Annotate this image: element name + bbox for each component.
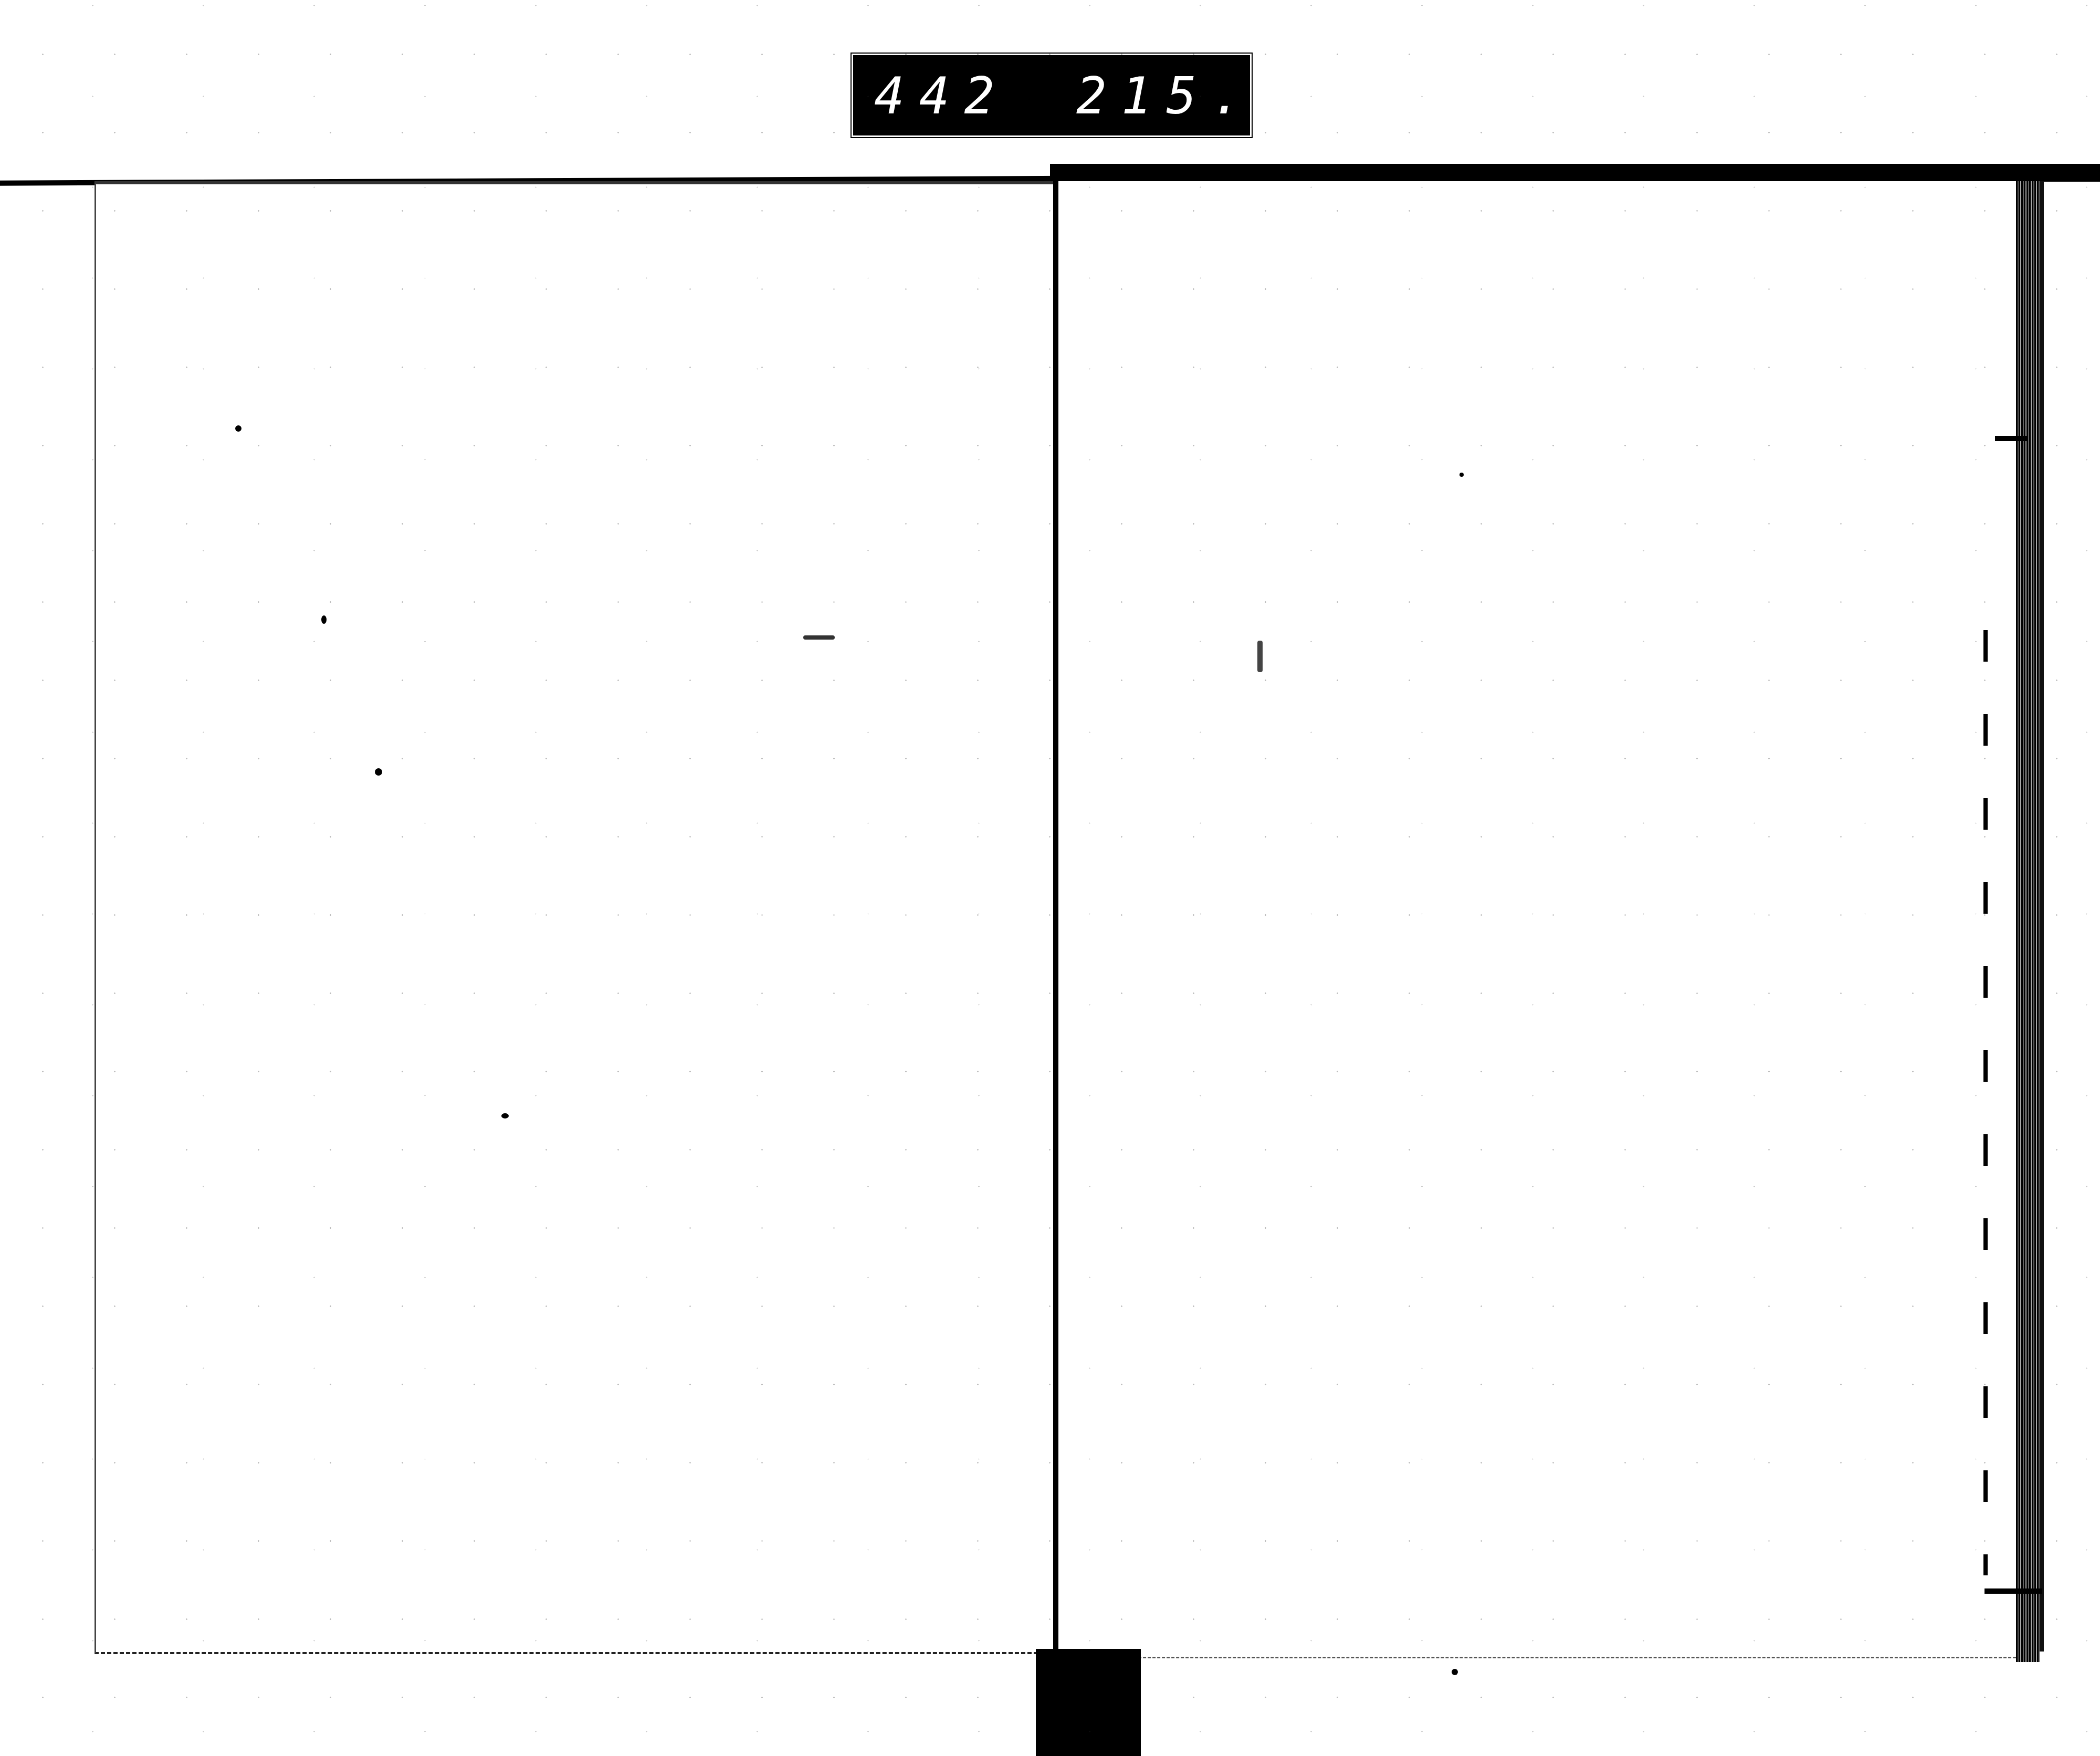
speck [803, 635, 835, 640]
right-page [1058, 181, 2016, 1658]
speck [501, 1113, 509, 1119]
frame-label-left-number: 442 [874, 67, 1009, 126]
speck [321, 615, 327, 624]
speck [1459, 473, 1464, 477]
speck [1257, 641, 1263, 672]
left-page [94, 181, 1057, 1654]
speck [235, 425, 241, 432]
clip-top [1995, 436, 2026, 441]
speck [1452, 1669, 1458, 1675]
frame-label-right-number: 215. [1076, 67, 1256, 126]
book-top-edge-right [1050, 164, 2100, 182]
spine-block [1036, 1649, 1141, 1756]
frame-label: 442 215. [852, 54, 1252, 137]
speck [375, 768, 382, 776]
clip-bottom [1984, 1588, 2042, 1594]
margin-marks [1983, 630, 1988, 1575]
book-cover-edge [2040, 181, 2044, 1652]
page-stack-edge [2016, 181, 2040, 1662]
book-gutter [1053, 176, 1058, 1652]
